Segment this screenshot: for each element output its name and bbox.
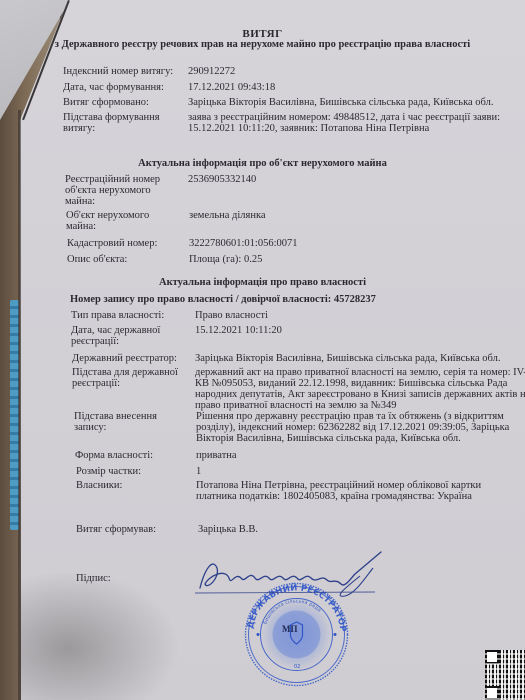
field-value: 2536905332140	[188, 174, 518, 185]
field-value: 3222780601:01:056:0071	[189, 238, 519, 249]
field-value: державний акт на право приватної власнос…	[195, 367, 525, 411]
qr-code	[485, 650, 525, 700]
field-label: Підстава формування витягу:	[63, 112, 173, 134]
field-value: приватна	[196, 450, 525, 461]
formed-by-label: Витяг сформував:	[76, 524, 201, 535]
field-label: Підстава для державної реєстрації:	[72, 367, 184, 389]
document-subtitle: з Державного реєстру речових прав на нер…	[0, 39, 525, 50]
field-value: 290912272	[188, 66, 518, 77]
property-section-heading: Актуальна інформація про об'єкт нерухомо…	[0, 158, 525, 169]
handwritten-signature	[195, 548, 385, 598]
field-value: Потапова Ніна Петрівна, реєстраційний но…	[196, 480, 496, 502]
stamp-number: 02	[294, 664, 300, 670]
field-label: Підстава внесення запису:	[74, 411, 164, 433]
ownership-record-number: Номер запису про право власності / довір…	[70, 294, 376, 305]
field-label: Розмір частки:	[76, 466, 201, 477]
field-label: Витяг сформовано:	[63, 97, 188, 108]
field-value: 1	[196, 466, 525, 477]
field-value: Площа (га): 0.25	[189, 254, 519, 265]
field-label: Тип права власності:	[71, 310, 196, 321]
ownership-section-heading: Актуальна інформація про право власності	[0, 277, 525, 288]
field-value: Заріцька Вікторія Василівна, Бишівська с…	[188, 97, 525, 108]
field-label: Дата, час державної реєстрації:	[71, 325, 166, 347]
field-value: Рішення про державну реєстрацію прав та …	[196, 411, 525, 444]
field-value: 15.12.2021 10:11:20	[195, 325, 525, 336]
field-value: Право власності	[195, 310, 525, 321]
field-value: земельна ділянка	[189, 210, 519, 221]
field-label: Кадастровий номер:	[67, 238, 192, 249]
field-label: Власники:	[76, 480, 201, 491]
formed-by-value: Заріцька В.В.	[198, 524, 398, 535]
signature-label: Підпис:	[76, 573, 196, 584]
field-value: Заріцька Вікторія Василівна, Бишівська с…	[195, 353, 525, 364]
field-value: заява з реєстраційним номером: 49848512,…	[188, 112, 518, 134]
field-label: Дата, час формування:	[63, 82, 188, 93]
stamp-mp-mark: МП	[282, 624, 298, 634]
field-label: Опис об'єкта:	[67, 254, 192, 265]
field-label: Державний реєстратор:	[72, 353, 197, 364]
field-label: Індексний номер витягу:	[63, 66, 188, 77]
field-label: Реєстраційний номер об'єкта нерухомого м…	[65, 174, 165, 207]
field-label: Об'єкт нерухомого майна:	[66, 210, 161, 232]
field-label: Форма власності:	[75, 450, 200, 461]
field-value: 17.12.2021 09:43:18	[188, 82, 518, 93]
